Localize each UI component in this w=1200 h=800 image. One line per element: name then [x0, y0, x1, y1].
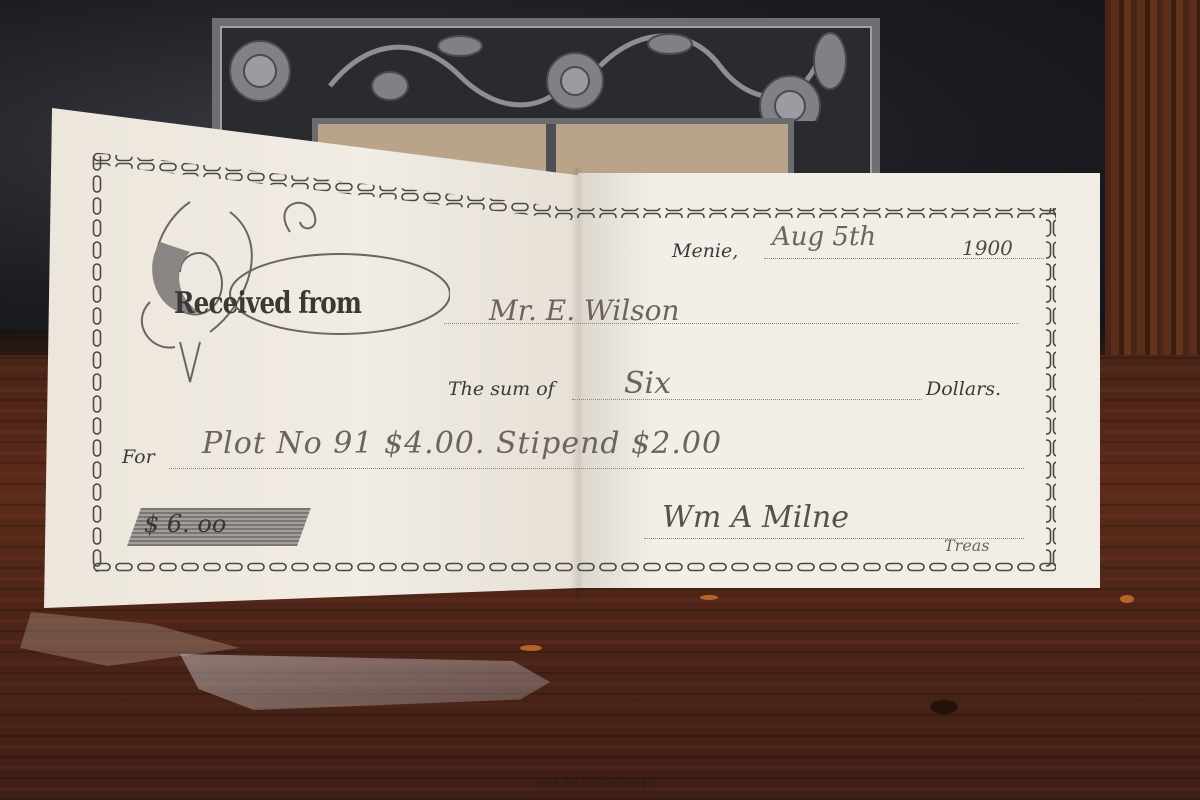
for-description: Plot No 91 $4.00. Stipend $2.00 [202, 426, 722, 461]
for-line [169, 468, 1024, 469]
currency-label: Dollars. [926, 378, 1001, 400]
rose-scroll-ornament [220, 26, 872, 121]
desk-wear-spot [520, 645, 542, 651]
date-handwritten: Aug 5th [772, 222, 876, 252]
amount-value: $ 6. oo [144, 510, 226, 538]
place-label: Menie, [672, 240, 738, 262]
receipt-heading: Received from [174, 286, 361, 321]
desk-knot [930, 700, 958, 714]
wooden-post [1105, 0, 1200, 365]
photographer-watermark: FREAKTOGRAPHY [536, 777, 655, 792]
year: 1900 [962, 236, 1013, 260]
sum-words: Six [624, 366, 671, 401]
signature: Wm A Milne [662, 500, 849, 535]
sum-label: The sum of [448, 378, 555, 400]
for-label: For [122, 446, 155, 468]
receipt: Received from Menie, Aug 5th 1900 Mr. E.… [44, 108, 1100, 608]
desk-wear-spot [1120, 595, 1134, 603]
signature-title: Treas [944, 536, 990, 555]
payee-name: Mr. E. Wilson [489, 294, 679, 327]
